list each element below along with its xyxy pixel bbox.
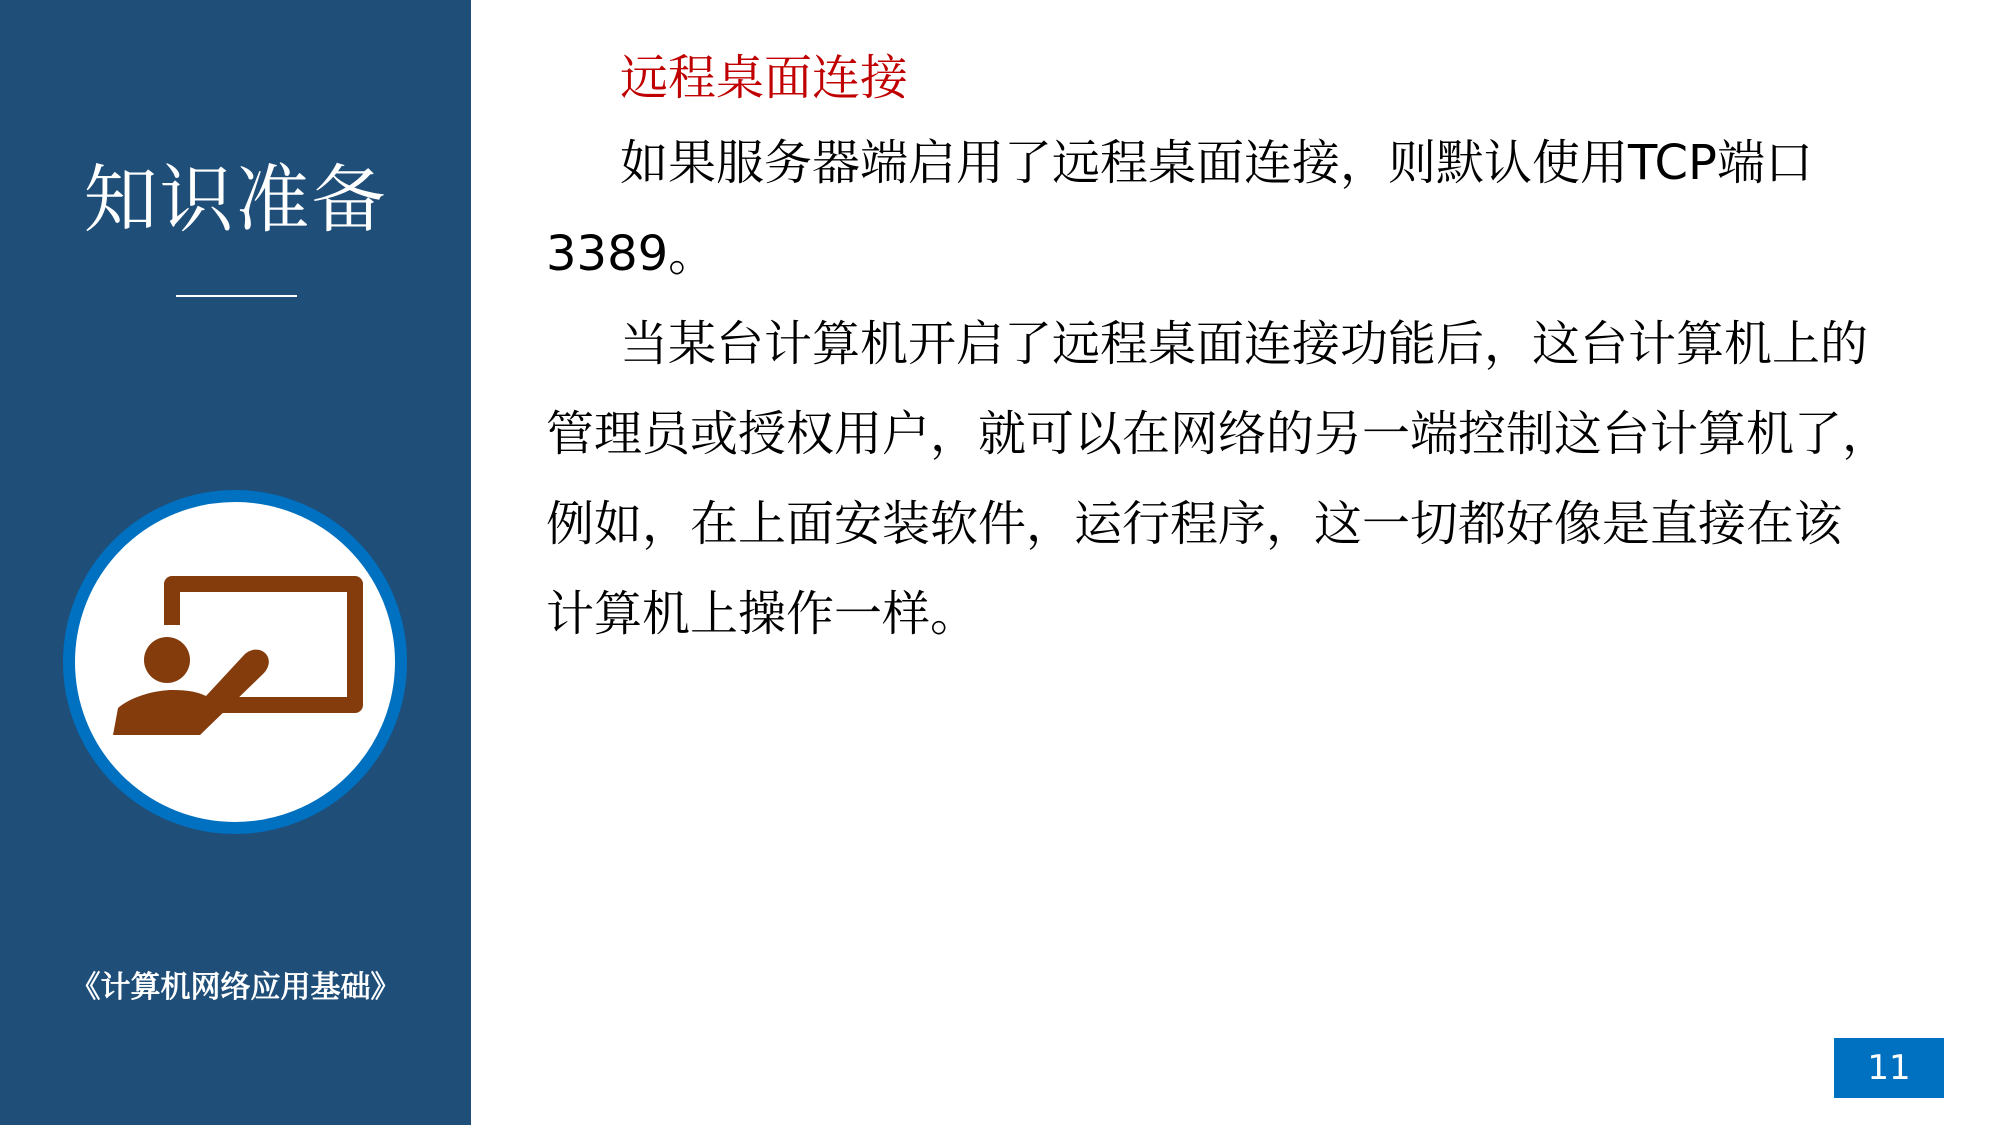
side-panel: 知识准备 《计算机网络应用基础》 [0,0,471,1125]
paragraph-line: 管理员或授权用户，就可以在网络的另一端控制这台计算机了， [546,404,1890,464]
paragraph-line: 3389。 [546,224,716,284]
book-title: 《计算机网络应用基础》 [0,968,471,1008]
teacher-presenting-icon [63,490,407,834]
paragraph-line: 例如，在上面安装软件，运行程序，这一切都好像是直接在该 [546,494,1842,554]
paragraph-line: 如果服务器端启用了远程桌面连接，则默认使用TCP端口 [620,133,1813,193]
icon-badge [63,490,407,834]
page-number-badge: 11 [1834,1038,1944,1098]
paragraph-line: 计算机上操作一样。 [546,584,978,644]
title-divider [176,295,297,297]
paragraph-line: 当某台计算机开启了远程桌面连接功能后，这台计算机上的 [620,314,1868,374]
content-heading: 远程桌面连接 [620,48,908,108]
section-title: 知识准备 [0,150,471,250]
